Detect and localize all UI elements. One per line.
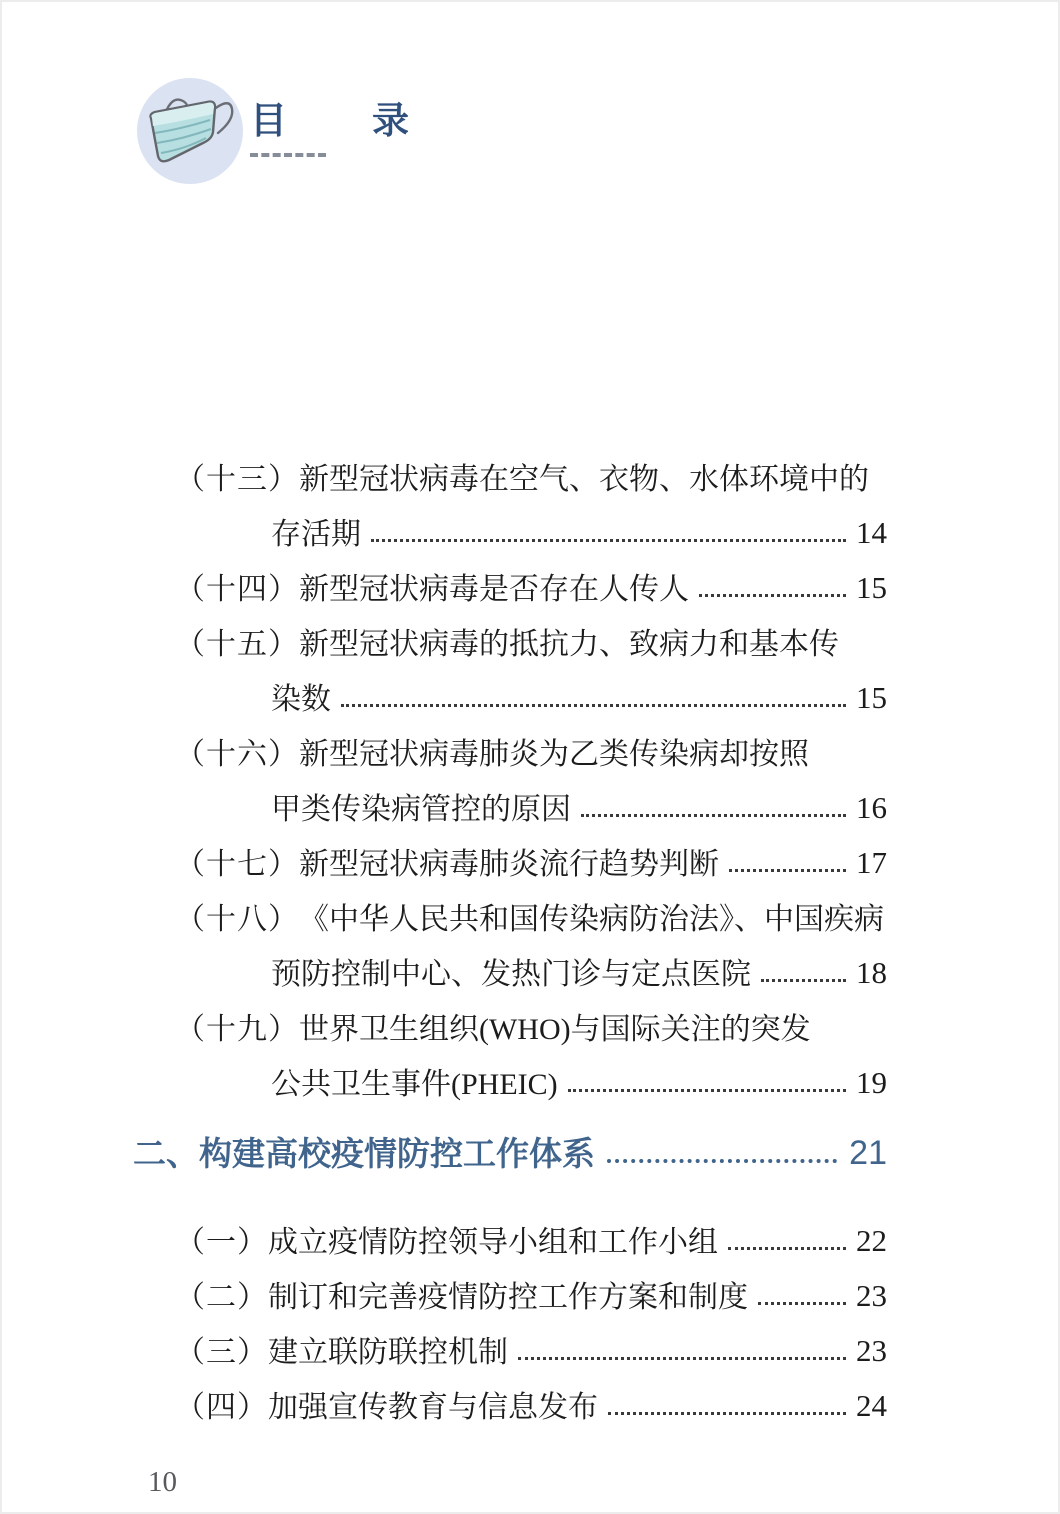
- entry-text: 新型冠状病毒是否存在人传人: [299, 574, 689, 606]
- dot-leader: [699, 594, 846, 597]
- toc-entry-list: （十三）新型冠状病毒在空气、衣物、水体环境中的 存活期 14 （十四）新型冠状病…: [175, 450, 887, 1110]
- entry-page-number: 24: [856, 1390, 887, 1423]
- toc-entry: （一）成立疫情防控领导小组和工作小组 22: [175, 1213, 887, 1268]
- toc-page: 目 录 （十三）新型冠状病毒在空气、衣物、水体环境中的 存活期 14 （十四）新…: [0, 0, 1060, 1514]
- entry-number: （三）: [175, 1337, 268, 1369]
- dot-leader: [581, 814, 846, 817]
- entry-number: （一）: [175, 1227, 268, 1259]
- entry-page-number: 15: [856, 572, 887, 605]
- entry-page-number: 19: [856, 1067, 887, 1100]
- entry-text: 制订和完善疫情防控工作方案和制度: [268, 1282, 748, 1314]
- entry-page-number: 23: [856, 1335, 887, 1368]
- entry-text: 建立联防联控机制: [268, 1337, 508, 1369]
- toc-entry: （十五）新型冠状病毒的抵抗力、致病力和基本传 染数 15: [175, 615, 887, 725]
- entry-number: （十八）: [175, 904, 299, 936]
- entry-page-number: 15: [856, 682, 887, 715]
- entry-text: 加强宣传教育与信息发布: [268, 1392, 598, 1424]
- section-page-number: 21: [849, 1135, 887, 1172]
- entry-page-number: 23: [856, 1280, 887, 1313]
- entry-number: （十三）: [175, 464, 299, 496]
- entry-text: 成立疫情防控领导小组和工作小组: [268, 1227, 718, 1259]
- dot-leader: [758, 1302, 846, 1305]
- entry-page-number: 22: [856, 1225, 887, 1258]
- dot-leader: [341, 704, 846, 707]
- footer-page-number: 10: [148, 1466, 177, 1499]
- entry-text: 新型冠状病毒的抵抗力、致病力和基本传: [299, 629, 839, 661]
- dot-leader: [518, 1357, 846, 1360]
- face-mask-icon: [135, 76, 245, 186]
- entry-page-number: 17: [856, 847, 887, 880]
- toc-entry: （三）建立联防联控机制 23: [175, 1323, 887, 1378]
- dot-leader: [568, 1089, 846, 1092]
- toc-entry: （十九）世界卫生组织(WHO)与国际关注的突发 公共卫生事件(PHEIC) 19: [175, 1000, 887, 1110]
- entry-page-number: 16: [856, 792, 887, 825]
- entry-number: （二）: [175, 1282, 268, 1314]
- entry-text: 新型冠状病毒在空气、衣物、水体环境中的: [299, 464, 869, 496]
- entry-text: 甲类传染病管控的原因: [271, 794, 571, 826]
- entry-text: 世界卫生组织(WHO)与国际关注的突发: [299, 1014, 811, 1046]
- page-title: 目 录: [250, 103, 433, 140]
- toc-entry: （二）制订和完善疫情防控工作方案和制度 23: [175, 1268, 887, 1323]
- toc-entry: （十三）新型冠状病毒在空气、衣物、水体环境中的 存活期 14: [175, 450, 887, 560]
- dot-leader: [729, 869, 846, 872]
- entry-page-number: 14: [856, 517, 887, 550]
- title-underline-dashes: [250, 153, 326, 157]
- entry-text: 公共卫生事件(PHEIC): [271, 1069, 558, 1101]
- entry-text: 染数: [271, 684, 331, 716]
- entry-text: 《中华人民共和国传染病防治法》、中国疾病: [299, 904, 884, 936]
- dot-leader: [371, 539, 846, 542]
- toc-entry: （四）加强宣传教育与信息发布 24: [175, 1378, 887, 1433]
- entry-text: 存活期: [271, 519, 361, 551]
- entry-number: （十五）: [175, 629, 299, 661]
- entry-page-number: 18: [856, 957, 887, 990]
- toc-sub-entry-list: （一）成立疫情防控领导小组和工作小组 22 （二）制订和完善疫情防控工作方案和制…: [175, 1213, 887, 1433]
- entry-text: 预防控制中心、发热门诊与定点医院: [271, 959, 751, 991]
- section-heading-part-two: 二、构建高校疫情防控工作体系 21: [133, 1126, 887, 1172]
- toc-entry: （十七）新型冠状病毒肺炎流行趋势判断 17: [175, 835, 887, 890]
- toc-header: 目 录: [250, 103, 433, 157]
- entry-text: 新型冠状病毒肺炎流行趋势判断: [299, 849, 719, 881]
- dot-leader: [607, 1159, 837, 1163]
- toc-entry: （十六）新型冠状病毒肺炎为乙类传染病却按照 甲类传染病管控的原因 16: [175, 725, 887, 835]
- entry-text: 新型冠状病毒肺炎为乙类传染病却按照: [299, 739, 809, 771]
- entry-number: （十六）: [175, 739, 299, 771]
- toc-entry: （十八）《中华人民共和国传染病防治法》、中国疾病 预防控制中心、发热门诊与定点医…: [175, 890, 887, 1000]
- section-title: 构建高校疫情防控工作体系: [199, 1136, 595, 1172]
- toc-entry: （十四）新型冠状病毒是否存在人传人 15: [175, 560, 887, 615]
- section-number: 二、: [133, 1136, 199, 1172]
- dot-leader: [761, 979, 846, 982]
- entry-number: （四）: [175, 1392, 268, 1424]
- entry-number: （十四）: [175, 574, 299, 606]
- dot-leader: [728, 1247, 846, 1250]
- entry-number: （十九）: [175, 1014, 299, 1046]
- dot-leader: [608, 1412, 846, 1415]
- entry-number: （十七）: [175, 849, 299, 881]
